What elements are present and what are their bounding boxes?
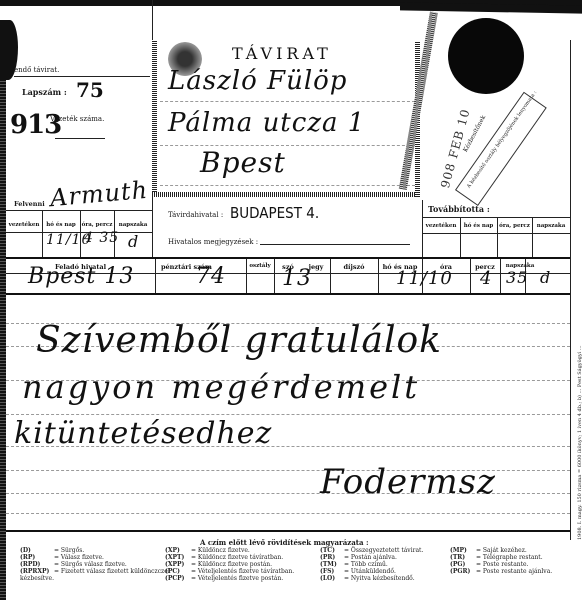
left-col-1 [42,210,43,258]
message-line-2: nagyon megérdemelt [22,368,420,406]
forwarded-left [422,200,423,258]
info-top-thick [6,257,570,259]
legend-item: (XPP)= Küldöncz fizetve postán. [165,561,305,568]
wax-seal [450,20,522,92]
legend-item: (PGR)= Poste restante ajánlva. [450,568,580,575]
legend-item: (PC)= Vételjelentés fizetve távíratban. [165,568,305,575]
message-line-3: kitüntetésedhez [14,416,272,451]
page-number-value: 75 [76,78,104,102]
left-col-header-2: óra, percz [80,222,114,228]
remarks-line [260,244,410,245]
legend-column-1: (D)= Sürgős. (RP)= Válasz fizetve. (RPD)… [20,547,170,582]
legend-item: (TC)= Összegyeztetett távirat. [320,547,450,554]
office-value: BUDAPEST 4. [230,204,319,222]
info-value-sender-office: Bpest 13 [28,264,134,289]
forwarded-top [422,217,570,218]
address-rule-2 [160,145,415,146]
info-value-period-min: 35 [506,268,528,287]
left-col-header-3: napszaka [114,222,152,228]
received-label: Felvenni [14,200,45,208]
legend-item: (MP)= Saját kezéhez. [450,547,580,554]
address-rule-3 [160,185,415,186]
address-box-left-border [152,40,157,196]
telegram-title: TÁVIRAT [232,44,332,63]
right-border [570,40,571,540]
received-signature: Armuth [49,176,149,212]
info-value-cash-no: 74 [196,264,226,289]
forwarded-header-bottom [422,233,570,234]
info-bottom-thick [6,293,570,295]
info-value-period: d [540,268,551,287]
legend-item: (PG)= Poste restante. [450,561,580,568]
forwarded-col-header-0: vezetéken [422,223,460,229]
legend-item: (XP)= Küldöncz fizetve. [165,547,305,554]
info-value-date: 11/10 [396,268,453,289]
lane-underline [55,138,105,139]
info-header-fee-words: díjszó [330,263,378,271]
stamped-number: 913 [10,110,61,140]
info-value-words: 13 [282,266,312,291]
left-col-header-0: vezetéken [6,222,42,228]
legend-column-3: (TC)= Összegyeztetett távirat. (PR)= Pos… [320,547,450,582]
legend-column-2: (XP)= Küldöncz fizetve. (XPT)= Küldöncz … [165,547,305,582]
message-rule-8 [6,513,570,514]
sender-signature: Fodermsz [320,462,496,502]
legend-item: (PCP)= Vételjelentés fizetve postán. [165,575,305,582]
stamp-caption: A kézbesítő osztály bélyegzőjének lenyom… [466,90,538,189]
legend-item: (RPRXP)= Fizetett válasz fizetett küldön… [20,568,170,582]
legend-item: (RPD)= Sürgős válasz fizetve. [20,561,170,568]
info-header-class: osztály [246,263,274,269]
telegram-kind-label: endő távirat. [14,66,59,74]
info-value-minute: 4 [480,268,492,289]
recipient-street: Pálma utcza 1 [168,108,365,138]
address-rule-1 [160,101,415,102]
legend-item: (PR)= Postán ajánlva. [320,554,450,561]
message-rule-4 [6,414,570,415]
side-print-text: 1908. I. magy. 150 rizsma = 6000 íkönyv;… [577,345,582,540]
recipient-city: Bpest [200,146,286,179]
left-panel-divider [14,76,150,77]
recipient-name: László Fülöp [168,66,347,96]
legend-item: (RP)= Válasz fizetve. [20,554,170,561]
message-bottom [6,530,570,532]
legend-item: (D)= Sürgős. [20,547,170,554]
left-border [0,80,6,600]
legend-item: (XPT)= Küldöncz fizetve távíratban. [165,554,305,561]
address-box-bottom-border [152,192,420,197]
legend-column-4: (MP)= Saját kezéhez. (TR)= Télégraphe re… [450,547,580,575]
legend-item: (FS)= Utánküldendő. [320,568,450,575]
left-value-time: 4 35 [84,230,119,246]
left-table-top [6,210,152,211]
left-value-period: d [128,232,139,251]
left-col-header-1: hó és nap [42,222,80,228]
legend-item: (LO)= Nyitva kézbesítendő. [320,575,450,582]
forwarded-col-header-2: óra, percz [497,223,532,229]
legend-item: (TM)= Több czímű. [320,561,450,568]
forwarded-label: Továbbította : [428,204,490,214]
forwarded-col-header-1: hó és nap [460,223,497,229]
office-label: Távirdahivatal : [168,211,223,219]
legend-title: A czím előtt lévő rövidítések magyarázat… [200,538,369,547]
message-line-1: Szívemből gratulálok [36,320,442,361]
page-number-label: Lapszám : [22,87,67,97]
legend-item: (TR)= Télégraphe restant. [450,554,580,561]
forwarded-col-header-3: napszaka [532,223,570,229]
remarks-label: Hivatalos megjegyzések : [168,238,258,246]
